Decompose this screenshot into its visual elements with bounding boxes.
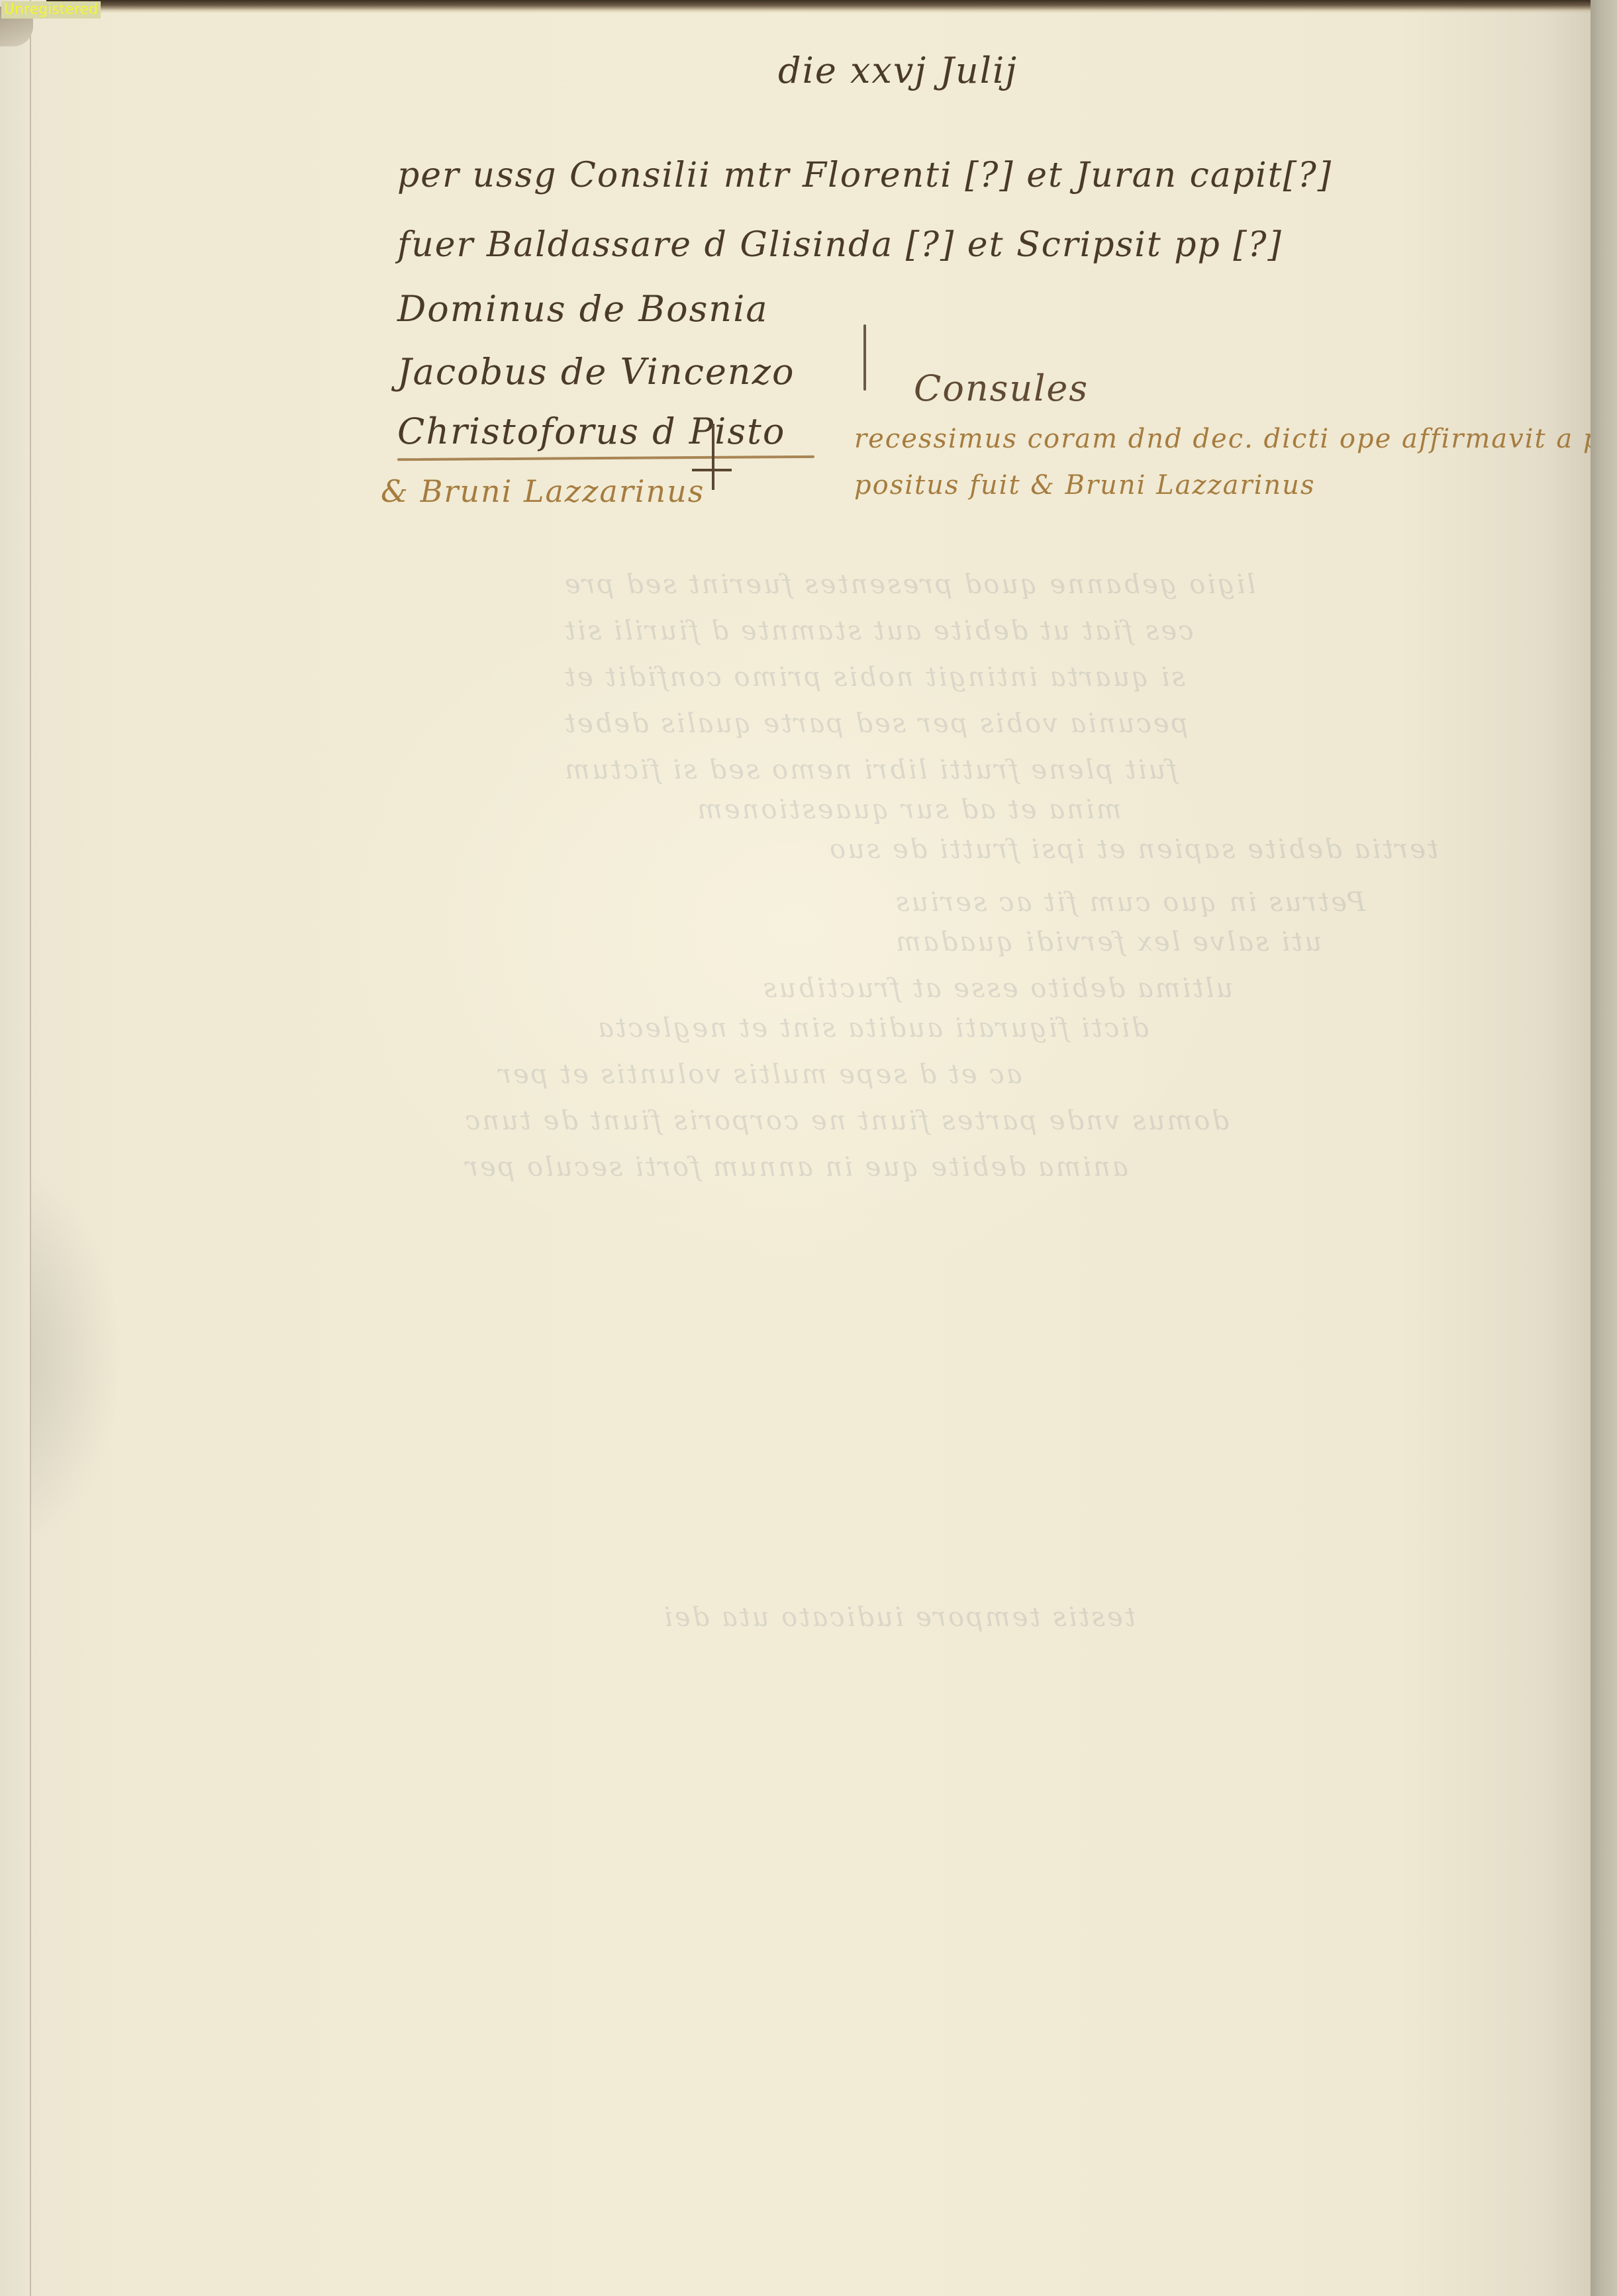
name-entry: Dominus de Bosnia	[397, 288, 769, 330]
name-entry: Jacobus de Vincenzo	[397, 351, 795, 393]
bleed-through-line: ac et d sepe multis voluntis et per	[497, 1059, 1022, 1090]
bleed-through-line: ultima debito esse at fructibus	[761, 973, 1233, 1004]
marginal-note-line-2: positus fuit & Bruni Lazzarinus	[854, 470, 1315, 501]
manuscript-page: ligio gebanne quod presentes fuerint sed…	[0, 0, 1591, 2296]
bleed-through-line: dicti figurati audita sint et neglecta	[596, 1013, 1149, 1043]
bleed-through-line: tertia debite sapien et ipsi frutti de s…	[828, 834, 1438, 865]
bleed-through-line: testis tempore iudicato uta dei	[662, 1602, 1136, 1633]
bleed-through-line: domus vnde partes fiunt ne corporis fiun…	[464, 1106, 1229, 1136]
consules-label: Consules	[914, 367, 1089, 409]
bleed-through-line: anima debite que in annum forti seculo p…	[464, 1152, 1128, 1182]
marginal-note-line-1: recessimus coram dnd dec. dicti ope affi…	[854, 424, 1617, 454]
entry-line-2: fuer Baldassare d Glisinda [?] et Scrips…	[397, 225, 1283, 265]
name-entry: Christoforus d Pisto	[397, 410, 785, 452]
adjacent-leaf-edge	[0, 0, 31, 2296]
unregistered-watermark: Unregistered	[1, 1, 101, 19]
bleed-through-line: Petrus in quo cum fit ac serius	[894, 887, 1365, 918]
cross-mark	[712, 424, 714, 490]
column-separator	[863, 324, 866, 391]
date-heading: die xxvj Julij	[778, 50, 1018, 91]
bleed-through-line: si quarta intingit nobis primo confidit …	[563, 662, 1185, 693]
name-entry-added: & Bruni Lazzarinus	[381, 473, 705, 509]
book-gutter	[1591, 0, 1617, 2296]
torn-top-edge	[46, 0, 1596, 13]
bleed-through-line: fuit plene frutti libri nemo sed si fict…	[563, 755, 1177, 785]
bleed-through-line: mina et ad sur quaestionem	[695, 794, 1122, 825]
bleed-through-line: uti salve lex fervidi quadam	[894, 927, 1322, 957]
bleed-through-line: ces fiat ut debite aut stamnte d fiurili…	[563, 616, 1194, 646]
bleed-through-line: ligio gebanne quod presentes fuerint sed…	[563, 569, 1255, 600]
entry-line-1: per ussg Consilii mtr Florenti [?] et Ju…	[397, 156, 1332, 195]
strike-underline	[397, 455, 814, 461]
bleed-through-line: pecunia vobis per sed parte qualis debet	[563, 708, 1188, 739]
cross-mark-bar	[692, 469, 732, 471]
